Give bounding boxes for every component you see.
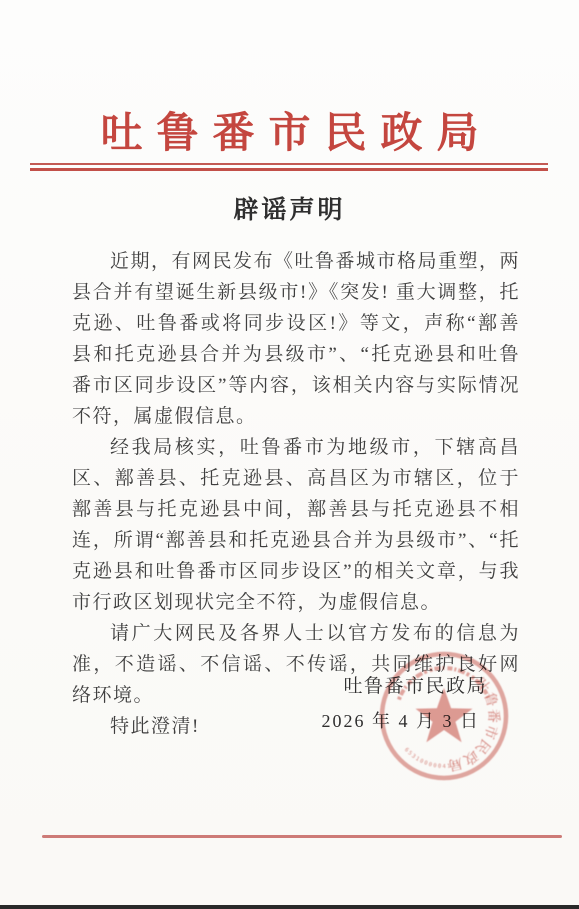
letterhead-org-name: 吐鲁番市民政局: [0, 100, 579, 160]
official-seal: 吐鲁番市民政局 6531000004131: [378, 650, 510, 782]
footer-rule: [42, 835, 562, 838]
paragraph-2: 经我局核实，吐鲁番市为地级市，下辖高昌区、鄯善县、托克逊县、高昌区为市辖区，位于…: [72, 432, 520, 618]
document-title: 辟谣声明: [0, 190, 579, 226]
bottom-edge-bar: [0, 905, 579, 909]
scanned-notice-page: 吐鲁番市民政局 辟谣声明 近期，有网民发布《吐鲁番城市格局重塑，两县合并有望诞生…: [0, 0, 579, 909]
paragraph-1: 近期，有网民发布《吐鲁番城市格局重塑，两县合并有望诞生新县级市!》《突发! 重大…: [72, 246, 520, 432]
seal-star-icon: [416, 688, 473, 742]
letterhead-rule: [30, 163, 548, 171]
